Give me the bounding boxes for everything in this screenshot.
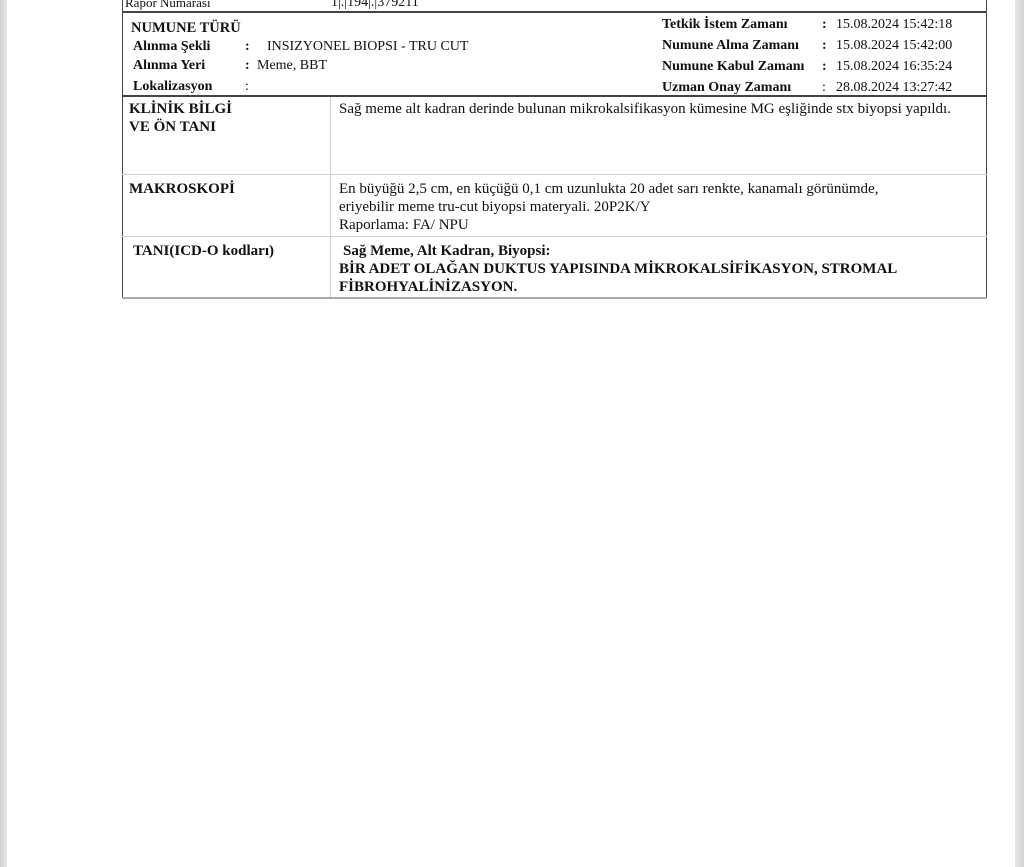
field-value: Meme, BBT	[257, 58, 327, 73]
viewer-left-edge	[0, 0, 7, 867]
report-page: Rapor Numarası 1|.|194|.|379211 NUMUNE T…	[122, 0, 987, 299]
field-numune-kabul: Numune Kabul Zamanı:15.08.2024 16:35:24	[662, 59, 952, 75]
field-alinma-sekli: Alınma Şekli:INSIZYONEL BIOPSI - TRU CUT	[123, 39, 468, 55]
field-uzman-onay: Uzman Onay Zamanı:28.08.2024 13:27:42	[662, 80, 952, 96]
report-table: KLİNİK BİLGİ VE ÖN TANI Sağ meme alt kad…	[122, 97, 987, 299]
field-value: 15.08.2024 15:42:18	[836, 17, 952, 32]
field-tetkik-istem: Tetkik İstem Zamanı:15.08.2024 15:42:18	[662, 17, 952, 33]
macroscopy-heading: MAKROSKOPİ	[123, 175, 330, 198]
report-number-row: Rapor Numarası 1|.|194|.|379211	[122, 0, 987, 13]
field-value: 28.08.2024 13:27:42	[836, 80, 952, 95]
diagnosis-text: Sağ Meme, Alt Kadran, Biyopsi: BİR ADET …	[331, 237, 986, 296]
sample-info-box: NUMUNE TÜRÜ Alınma Şekli:INSIZYONEL BIOP…	[122, 13, 987, 97]
field-lokalizasyon: Lokalizasyon:	[123, 79, 257, 95]
macroscopy-text: En büyüğü 2,5 cm, en küçüğü 0,1 cm uzunl…	[331, 175, 986, 234]
clinical-info-heading: KLİNİK BİLGİ VE ÖN TANI	[123, 97, 330, 136]
field-value: 15.08.2024 16:35:24	[836, 59, 952, 74]
field-numune-alma: Numune Alma Zamanı:15.08.2024 15:42:00	[662, 38, 952, 54]
field-value: INSIZYONEL BIOPSI - TRU CUT	[267, 39, 468, 54]
row-clinical-info: KLİNİK BİLGİ VE ÖN TANI Sağ meme alt kad…	[123, 97, 987, 174]
clinical-info-text: Sağ meme alt kadran derinde bulunan mikr…	[331, 97, 986, 118]
viewer-scrollbar[interactable]	[1015, 0, 1024, 867]
row-diagnosis: TANI(ICD-O kodları) Sağ Meme, Alt Kadran…	[123, 236, 987, 298]
report-number-label: Rapor Numarası	[125, 0, 211, 11]
report-number-value: 1|.|194|.|379211	[331, 0, 419, 11]
field-alinma-yeri: Alınma Yeri:Meme, BBT	[123, 58, 327, 74]
sample-type-title: NUMUNE TÜRÜ	[131, 20, 241, 37]
diagnosis-heading: TANI(ICD-O kodları)	[123, 237, 330, 260]
field-value: 15.08.2024 15:42:00	[836, 38, 952, 53]
row-macroscopy: MAKROSKOPİ En büyüğü 2,5 cm, en küçüğü 0…	[123, 174, 987, 236]
